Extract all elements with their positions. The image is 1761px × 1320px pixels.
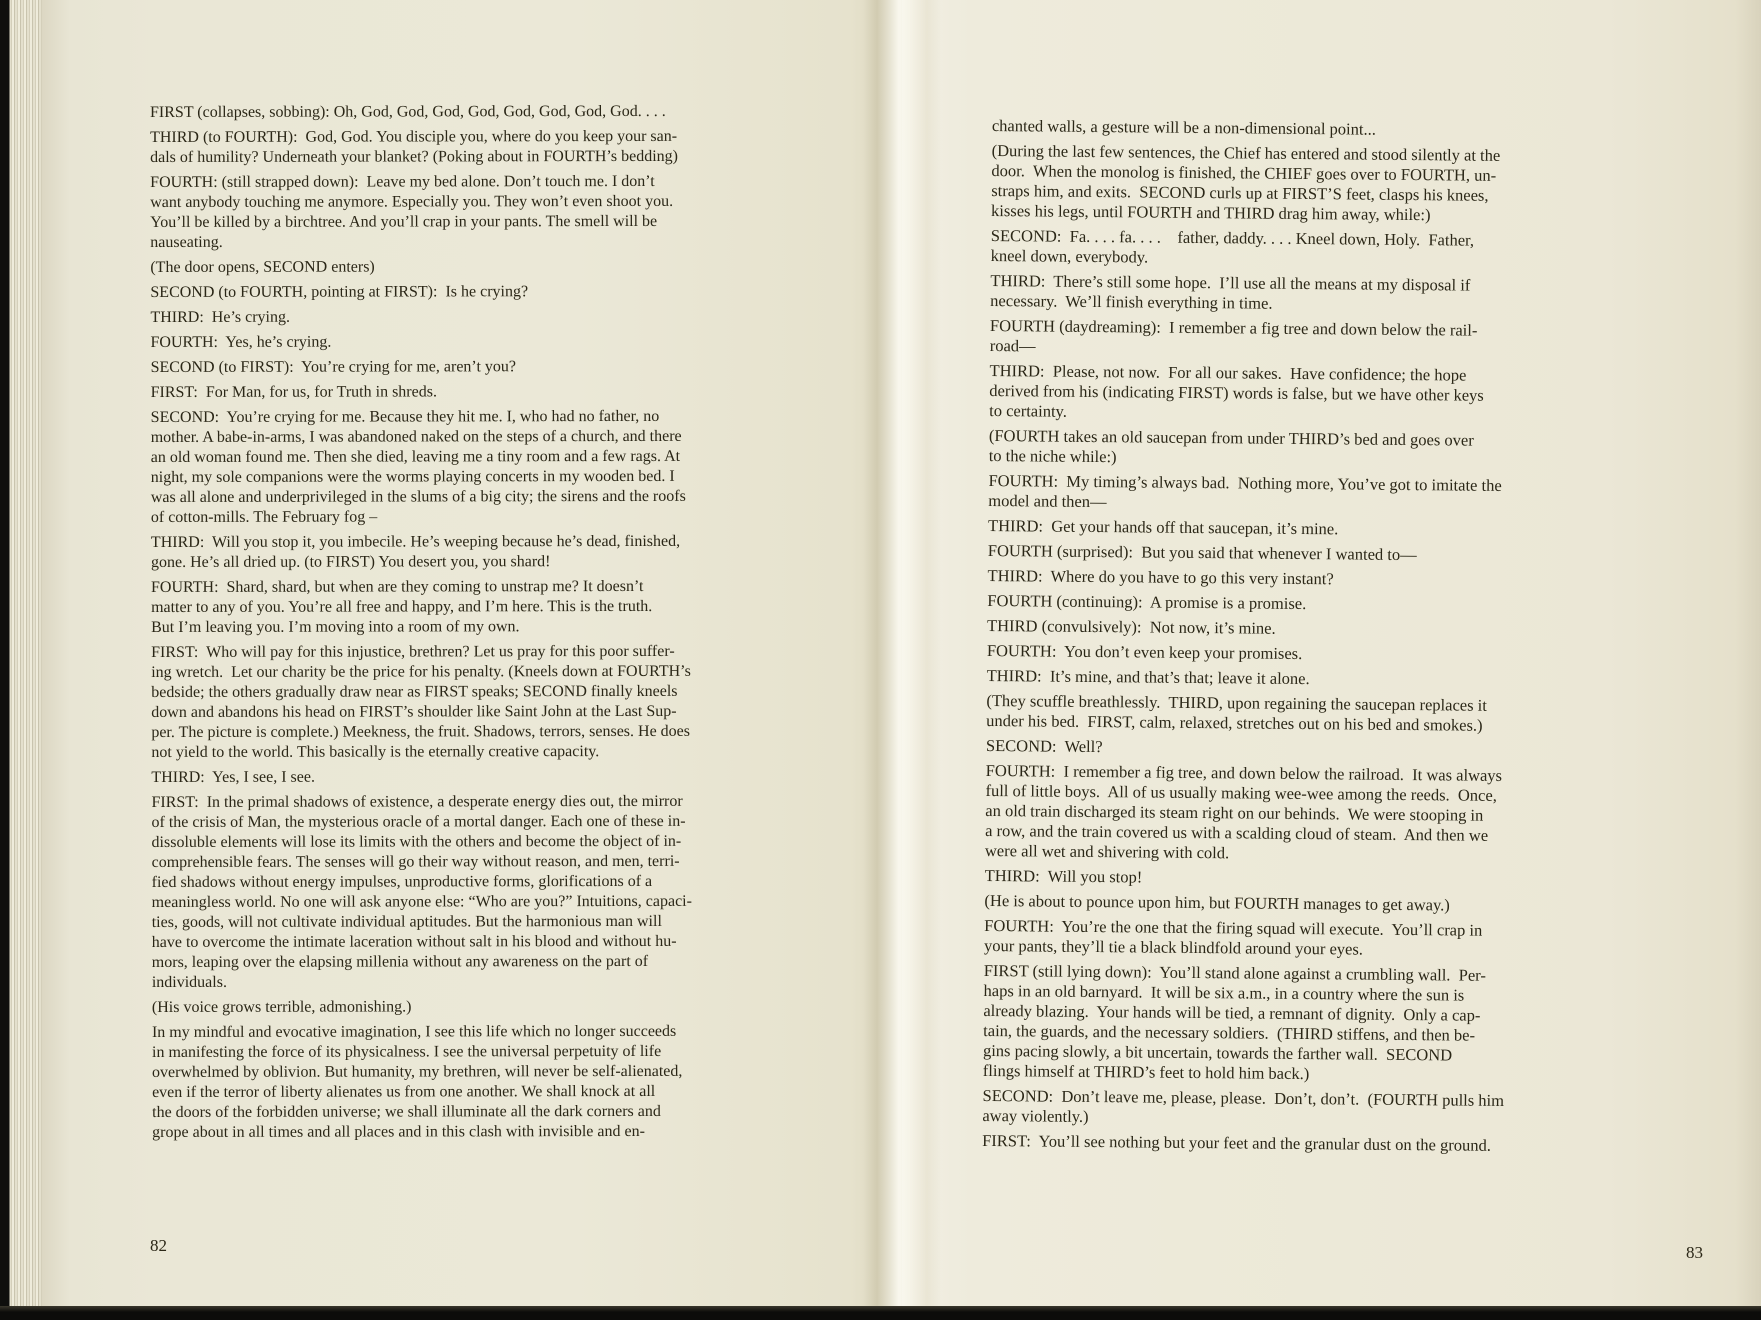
paragraph: THIRD: He’s crying. (150, 306, 870, 328)
paragraph: FOURTH: (still strapped down): Leave my … (150, 171, 870, 253)
page-edge-stack (0, 0, 42, 1308)
paragraph: SECOND: Don’t leave me, please, please. … (982, 1086, 1650, 1132)
book-bottom-edge (0, 1306, 1761, 1320)
book-gutter-fold (863, 0, 941, 1308)
paragraph: chanted walls, a gesture will be a non-d… (992, 116, 1660, 142)
paragraph: FOURTH (continuing): A promise is a prom… (987, 591, 1655, 617)
paragraph: THIRD (convulsively): Not now, it’s mine… (987, 616, 1655, 642)
paragraph: FIRST: In the primal shadows of existenc… (151, 791, 871, 993)
paragraph: THIRD (to FOURTH): God, God. You discipl… (150, 126, 870, 168)
paragraph: FOURTH: My timing’s always bad. Nothing … (988, 471, 1656, 517)
paragraph: FIRST: You’ll see nothing but your feet … (982, 1131, 1650, 1157)
paragraph: (His voice grows terrible, admonishing.) (152, 996, 872, 1018)
paragraph: In my mindful and evocative imagination,… (152, 1021, 872, 1143)
paragraph: FOURTH: Yes, he’s crying. (150, 331, 870, 353)
paragraph: SECOND: Well? (986, 736, 1654, 762)
left-page-number: 82 (150, 1236, 167, 1256)
paragraph: FOURTH: I remember a fig tree, and down … (985, 761, 1654, 867)
paragraph: FOURTH: You don’t even keep your promise… (987, 641, 1655, 667)
paragraph: FIRST: For Man, for us, for Truth in shr… (151, 381, 871, 403)
paragraph: FIRST (still lying down): You’ll stand a… (983, 961, 1652, 1087)
right-page-number: 83 (1686, 1243, 1703, 1263)
paragraph: THIRD: There’s still some hope. I’ll use… (990, 271, 1658, 317)
book-scan: FIRST (collapses, sobbing): Oh, God, God… (0, 0, 1761, 1320)
paragraph: (They scuffle breathlessly. THIRD, upon … (986, 691, 1654, 737)
paragraph: THIRD: Please, not now. For all our sake… (989, 361, 1658, 427)
paragraph: SECOND (to FOURTH, pointing at FIRST): I… (150, 281, 870, 303)
paragraph: THIRD: Yes, I see, I see. (151, 766, 871, 788)
paragraph: SECOND (to FIRST): You’re crying for me,… (151, 356, 871, 378)
paragraph: FIRST (collapses, sobbing): Oh, God, God… (150, 101, 870, 123)
paragraph: (FOURTH takes an old saucepan from under… (989, 426, 1657, 472)
paragraph: THIRD: It’s mine, and that’s that; leave… (987, 666, 1655, 692)
paragraph: THIRD: Get your hands off that saucepan,… (988, 516, 1656, 542)
paragraph: SECOND: Fa. . . . fa. . . . father, dadd… (991, 226, 1659, 272)
paragraph: FOURTH (surprised): But you said that wh… (988, 541, 1656, 567)
paragraph: THIRD: Where do you have to go this very… (987, 566, 1655, 592)
paragraph: FOURTH: Shard, shard, but when are they … (151, 576, 871, 638)
paragraph: (The door opens, SECOND enters) (150, 256, 870, 278)
paragraph: (During the last few sentences, the Chie… (991, 141, 1660, 227)
paragraph: FOURTH (daydreaming): I remember a fig t… (990, 316, 1658, 362)
right-page: chanted walls, a gesture will be a non-d… (902, 0, 1761, 1308)
paragraph: THIRD: Will you stop! (985, 866, 1653, 892)
left-page-text: FIRST (collapses, sobbing): Oh, God, God… (150, 101, 872, 1148)
right-page-text: chanted walls, a gesture will be a non-d… (982, 116, 1660, 1162)
left-page: FIRST (collapses, sobbing): Oh, God, God… (42, 0, 902, 1308)
paragraph: FIRST: Who will pay for this injustice, … (151, 641, 871, 763)
paragraph: THIRD: Will you stop it, you imbecile. H… (151, 531, 871, 573)
paragraph: FOURTH: You’re the one that the firing s… (984, 916, 1652, 962)
paragraph: SECOND: You’re crying for me. Because th… (151, 406, 871, 528)
paragraph: (He is about to pounce upon him, but FOU… (984, 891, 1652, 917)
